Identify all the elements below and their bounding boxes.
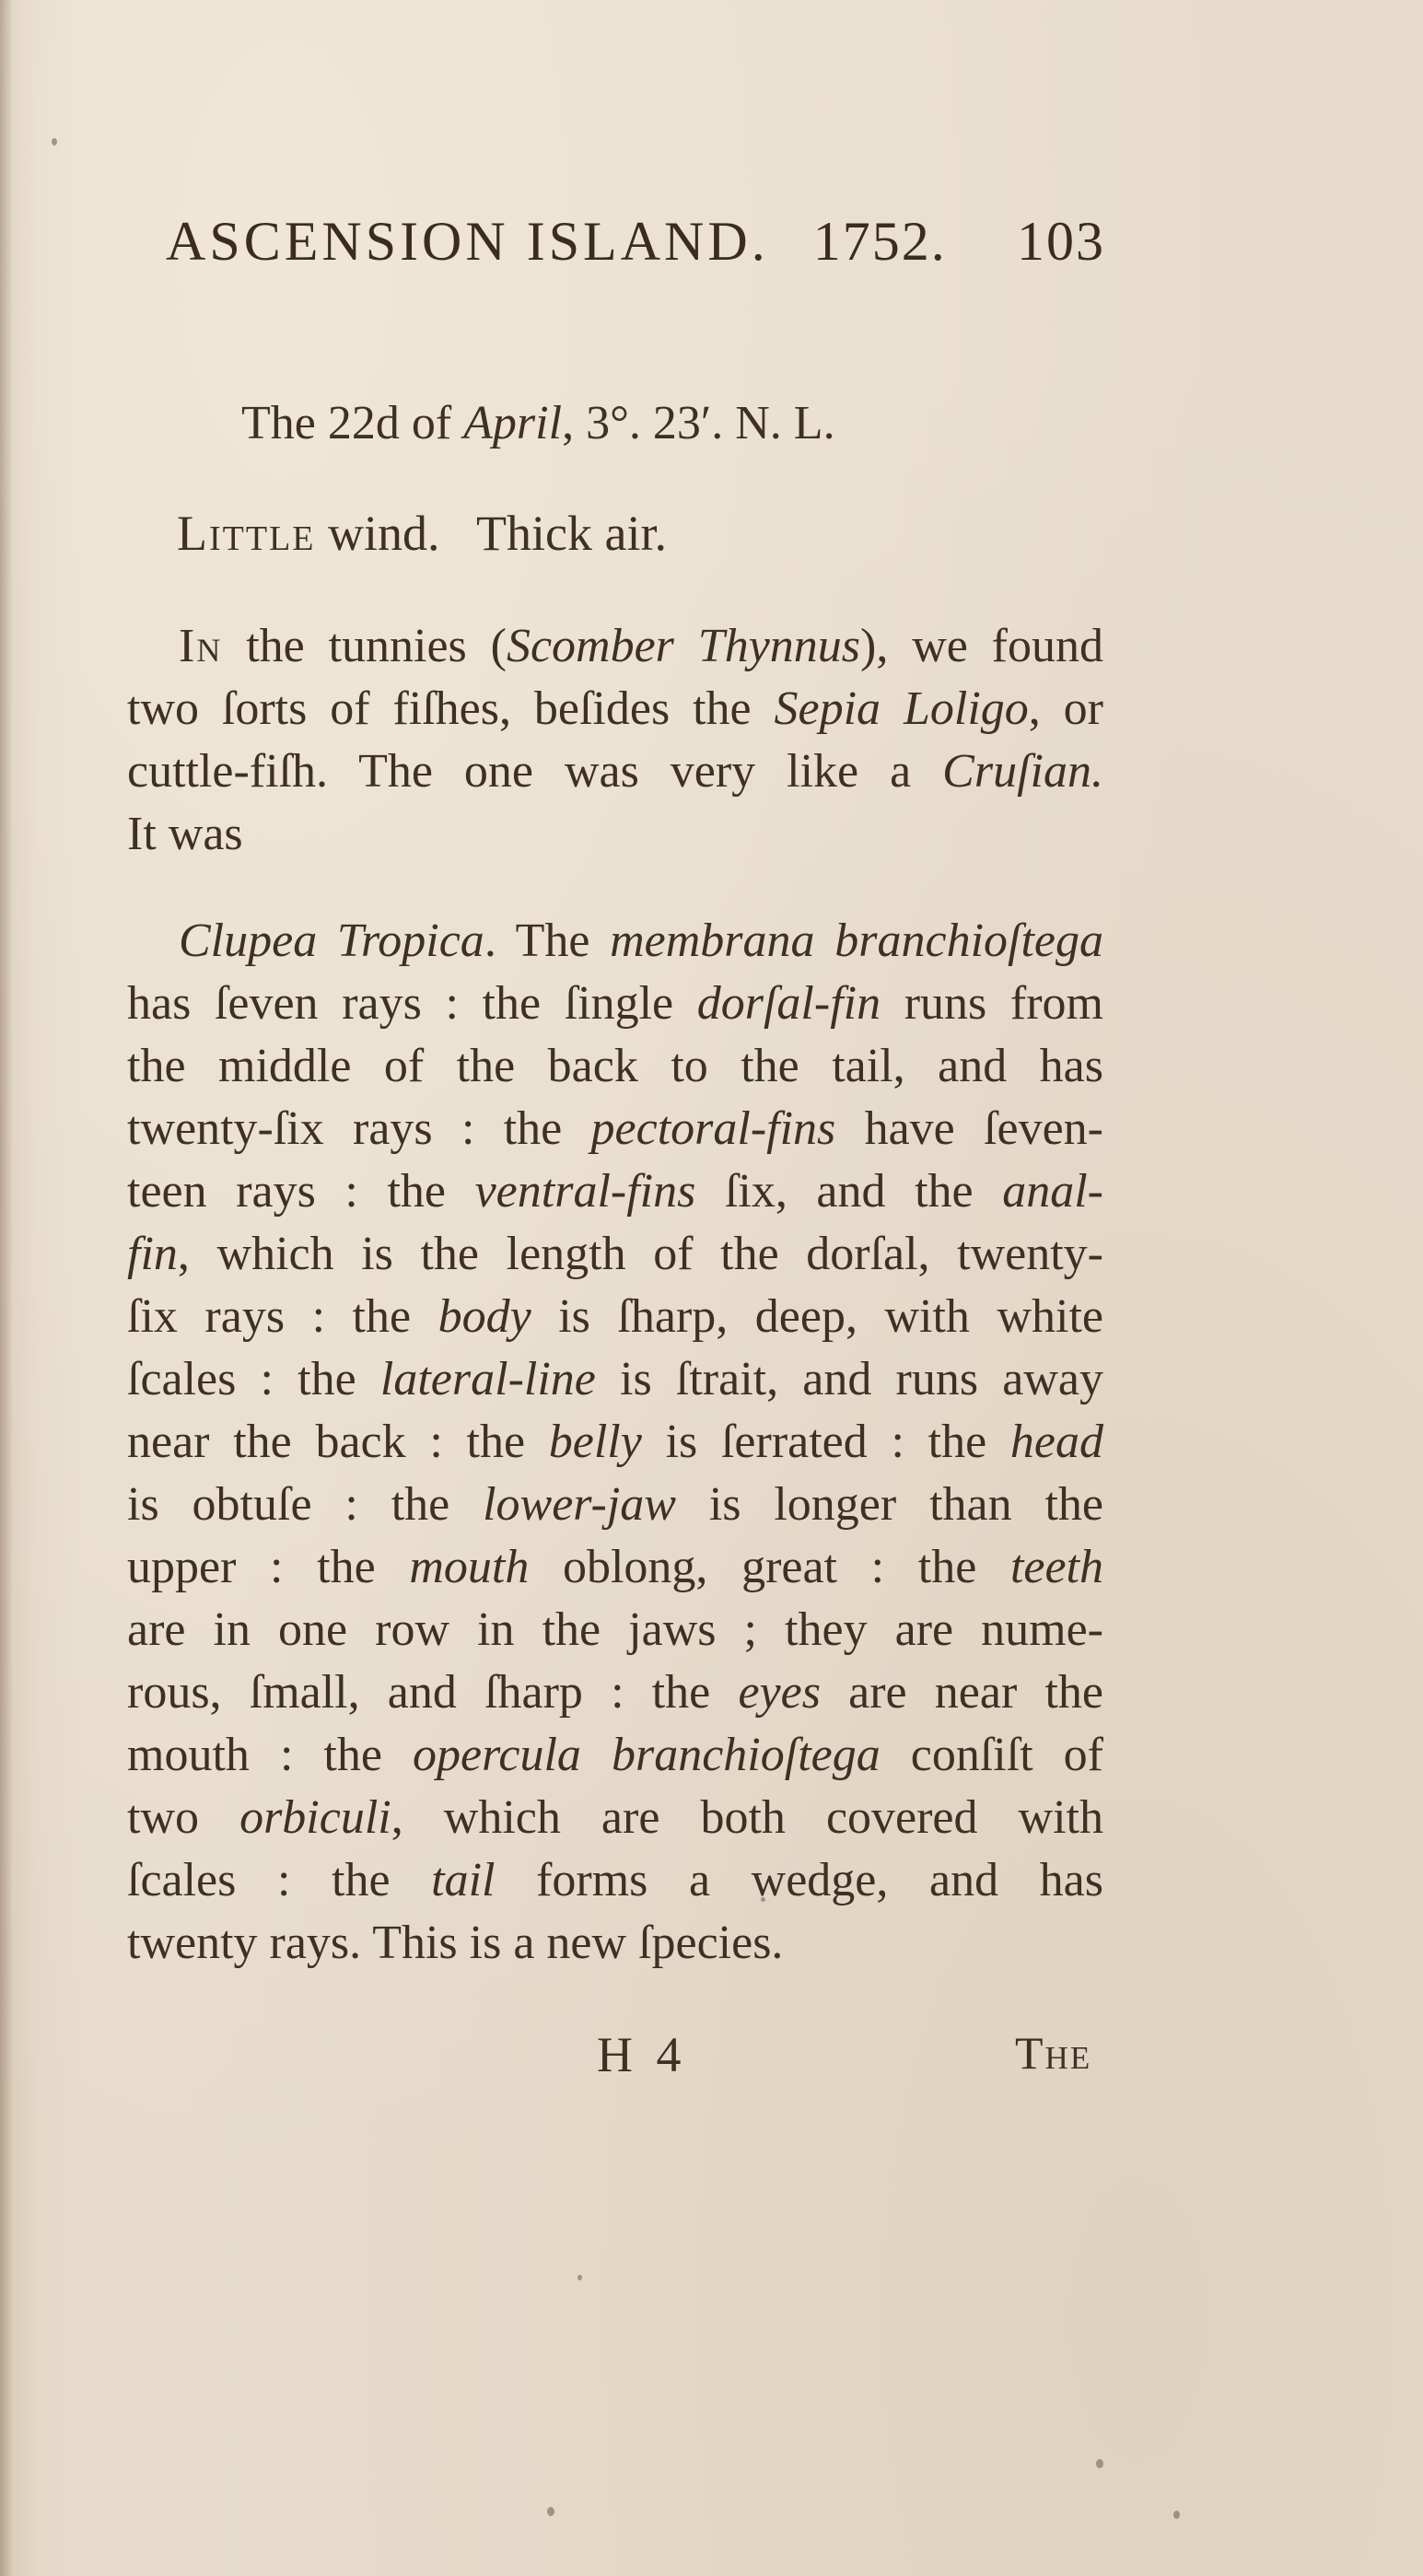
text-run: runs from [881, 977, 1103, 1030]
text-line: It was [127, 803, 1103, 866]
italic-term: lower-jaw [483, 1478, 676, 1531]
text-line: has ſeven rays : the ſingle dorſal-fin r… [127, 973, 1103, 1035]
italic-term: Cruſian. [942, 745, 1103, 798]
page-spine-shadow [0, 0, 13, 2576]
text-run: . The [484, 915, 610, 967]
text-run: is ſharp, deep, with white [531, 1290, 1103, 1343]
text-line: the middle of the back to the tail, and … [127, 1035, 1103, 1098]
italic-term: fin [127, 1228, 178, 1280]
running-head: ASCENSION ISLAND. 1752. 103 [166, 210, 1105, 274]
italic-term: head [1010, 1416, 1103, 1468]
italic-term: dorſal-fin [697, 977, 881, 1030]
text-run: the tunnies ( [222, 620, 507, 672]
italic-term: ventral-fins [475, 1165, 696, 1218]
text-run: ſix, and the [695, 1165, 1002, 1218]
weather-rest: wind. Thick air. [316, 506, 667, 561]
text-line: is obtuſe : the lower-jaw is longer than… [127, 1474, 1103, 1536]
text-run: teen rays : the [127, 1165, 475, 1218]
text-line: twenty-ſix rays : the pectoral-fins have… [127, 1098, 1103, 1160]
intro-paragraph: In the tunnies (Scomber Thynnus), we fou… [127, 615, 1103, 866]
text-run: are near the [821, 1666, 1103, 1719]
text-run: , which are both covered with [391, 1791, 1103, 1844]
text-run: ſcales : the [127, 1854, 431, 1906]
text-line: teen rays : the ventral-fins ſix, and th… [127, 1160, 1103, 1223]
italic-term: Sepia Loligo [775, 682, 1029, 735]
text-line: near the back : the belly is ſerrated : … [127, 1411, 1103, 1474]
text-run: ſcales : the [127, 1353, 380, 1405]
text-run: the middle of the back to the tail, and … [127, 1040, 1103, 1092]
text-run: have ſeven- [835, 1102, 1103, 1155]
italic-term: Scomber Thynnus [507, 620, 860, 672]
italic-term: orbiculi [239, 1791, 391, 1844]
text-run: cuttle-fiſh. The one was very like a [127, 745, 942, 798]
italic-term: pectoral-fins [591, 1102, 836, 1155]
weather-lead: Little [177, 506, 316, 561]
italic-term: mouth [409, 1541, 529, 1593]
italic-term: anal- [1002, 1165, 1103, 1218]
text-run: is longer than the [676, 1478, 1103, 1531]
page-number: 103 [1017, 210, 1105, 274]
text-line: ſix rays : the body is ſharp, deep, with… [127, 1286, 1103, 1348]
italic-term: Clupea Tropica [179, 915, 484, 967]
text-run: two [127, 1791, 239, 1844]
text-run: oblong, great : the [529, 1541, 1010, 1593]
dateline: The 22d of April, 3°. 23′. N. L. [241, 396, 835, 450]
catchword: The [1015, 2026, 1091, 2080]
text-line: rous, ſmall, and ſharp : the eyes are ne… [127, 1661, 1103, 1724]
text-run: are in one row in the jaws ; they are nu… [127, 1603, 1103, 1656]
text-line: cuttle-fiſh. The one was very like a Cru… [127, 740, 1103, 803]
text-run: twenty rays. This is a new ſpecies. [127, 1917, 783, 1969]
text-run: upper : the [127, 1541, 409, 1593]
italic-term: tail [431, 1854, 495, 1906]
text-line: twenty rays. This is a new ſpecies. [127, 1912, 1103, 1975]
text-line: upper : the mouth oblong, great : the te… [127, 1536, 1103, 1599]
species-description-paragraph: Clupea Tropica. The membrana branchioſte… [127, 910, 1103, 1975]
italic-term: lateral-line [380, 1353, 596, 1405]
text-run: In [179, 620, 222, 672]
dateline-month: April [463, 397, 562, 449]
text-run: It was [127, 808, 243, 860]
text-run: , which is the length of the dorſal, twe… [178, 1228, 1103, 1280]
weather-note: Little wind. Thick air. [177, 505, 667, 562]
italic-term: opercula branchioſtega [413, 1729, 881, 1781]
text-run: ſix rays : the [127, 1290, 438, 1343]
text-run: , or [1029, 682, 1103, 735]
paper-speck [577, 2275, 582, 2280]
text-run: twenty-ſix rays : the [127, 1102, 591, 1155]
text-run: is ſerrated : the [642, 1416, 1010, 1468]
text-run: ), we found [860, 620, 1103, 672]
text-line: ſcales : the tail forms a wedge, and has [127, 1849, 1103, 1912]
italic-term: body [438, 1290, 531, 1343]
italic-term: teeth [1010, 1541, 1103, 1593]
text-run: mouth : the [127, 1729, 413, 1781]
text-line: are in one row in the jaws ; they are nu… [127, 1599, 1103, 1661]
text-run: near the back : the [127, 1416, 549, 1468]
italic-term: membrana branchioſtega [610, 915, 1103, 967]
running-head-title: ASCENSION ISLAND. [166, 210, 769, 274]
text-run: forms a wedge, and has [495, 1854, 1103, 1906]
paper-speck [547, 2507, 554, 2516]
text-line: Clupea Tropica. The membrana branchioſte… [127, 910, 1103, 973]
italic-term: eyes [738, 1666, 820, 1719]
text-run: has ſeven rays : the ſingle [127, 977, 697, 1030]
text-line: fin, which is the length of the dorſal, … [127, 1223, 1103, 1286]
dateline-coordinates: , 3°. 23′. N. L. [562, 397, 835, 449]
text-run: is ſtrait, and runs away [596, 1353, 1103, 1405]
text-run: conſiſt of [881, 1729, 1103, 1781]
text-run: two ſorts of fiſhes, beſides the [127, 682, 775, 735]
book-page: ASCENSION ISLAND. 1752. 103 The 22d of A… [0, 0, 1423, 2576]
text-run: rous, ſmall, and ſharp : the [127, 1666, 738, 1719]
text-run: is obtuſe : the [127, 1478, 483, 1531]
italic-term: belly [549, 1416, 642, 1468]
text-line: two ſorts of fiſhes, beſides the Sepia L… [127, 678, 1103, 740]
text-line: In the tunnies (Scomber Thynnus), we fou… [127, 615, 1103, 678]
paper-speck [761, 1897, 765, 1902]
text-line: ſcales : the lateral-line is ſtrait, and… [127, 1348, 1103, 1411]
paper-speck [1096, 2459, 1103, 2468]
dateline-prefix: The 22d of [241, 397, 463, 449]
running-head-year: 1752. [813, 210, 947, 274]
paper-speck [1173, 2511, 1180, 2519]
text-line: two orbiculi, which are both covered wit… [127, 1787, 1103, 1849]
signature-mark: H 4 [597, 2026, 687, 2083]
paper-speck [52, 138, 57, 146]
text-line: mouth : the opercula branchioſtega conſi… [127, 1724, 1103, 1787]
